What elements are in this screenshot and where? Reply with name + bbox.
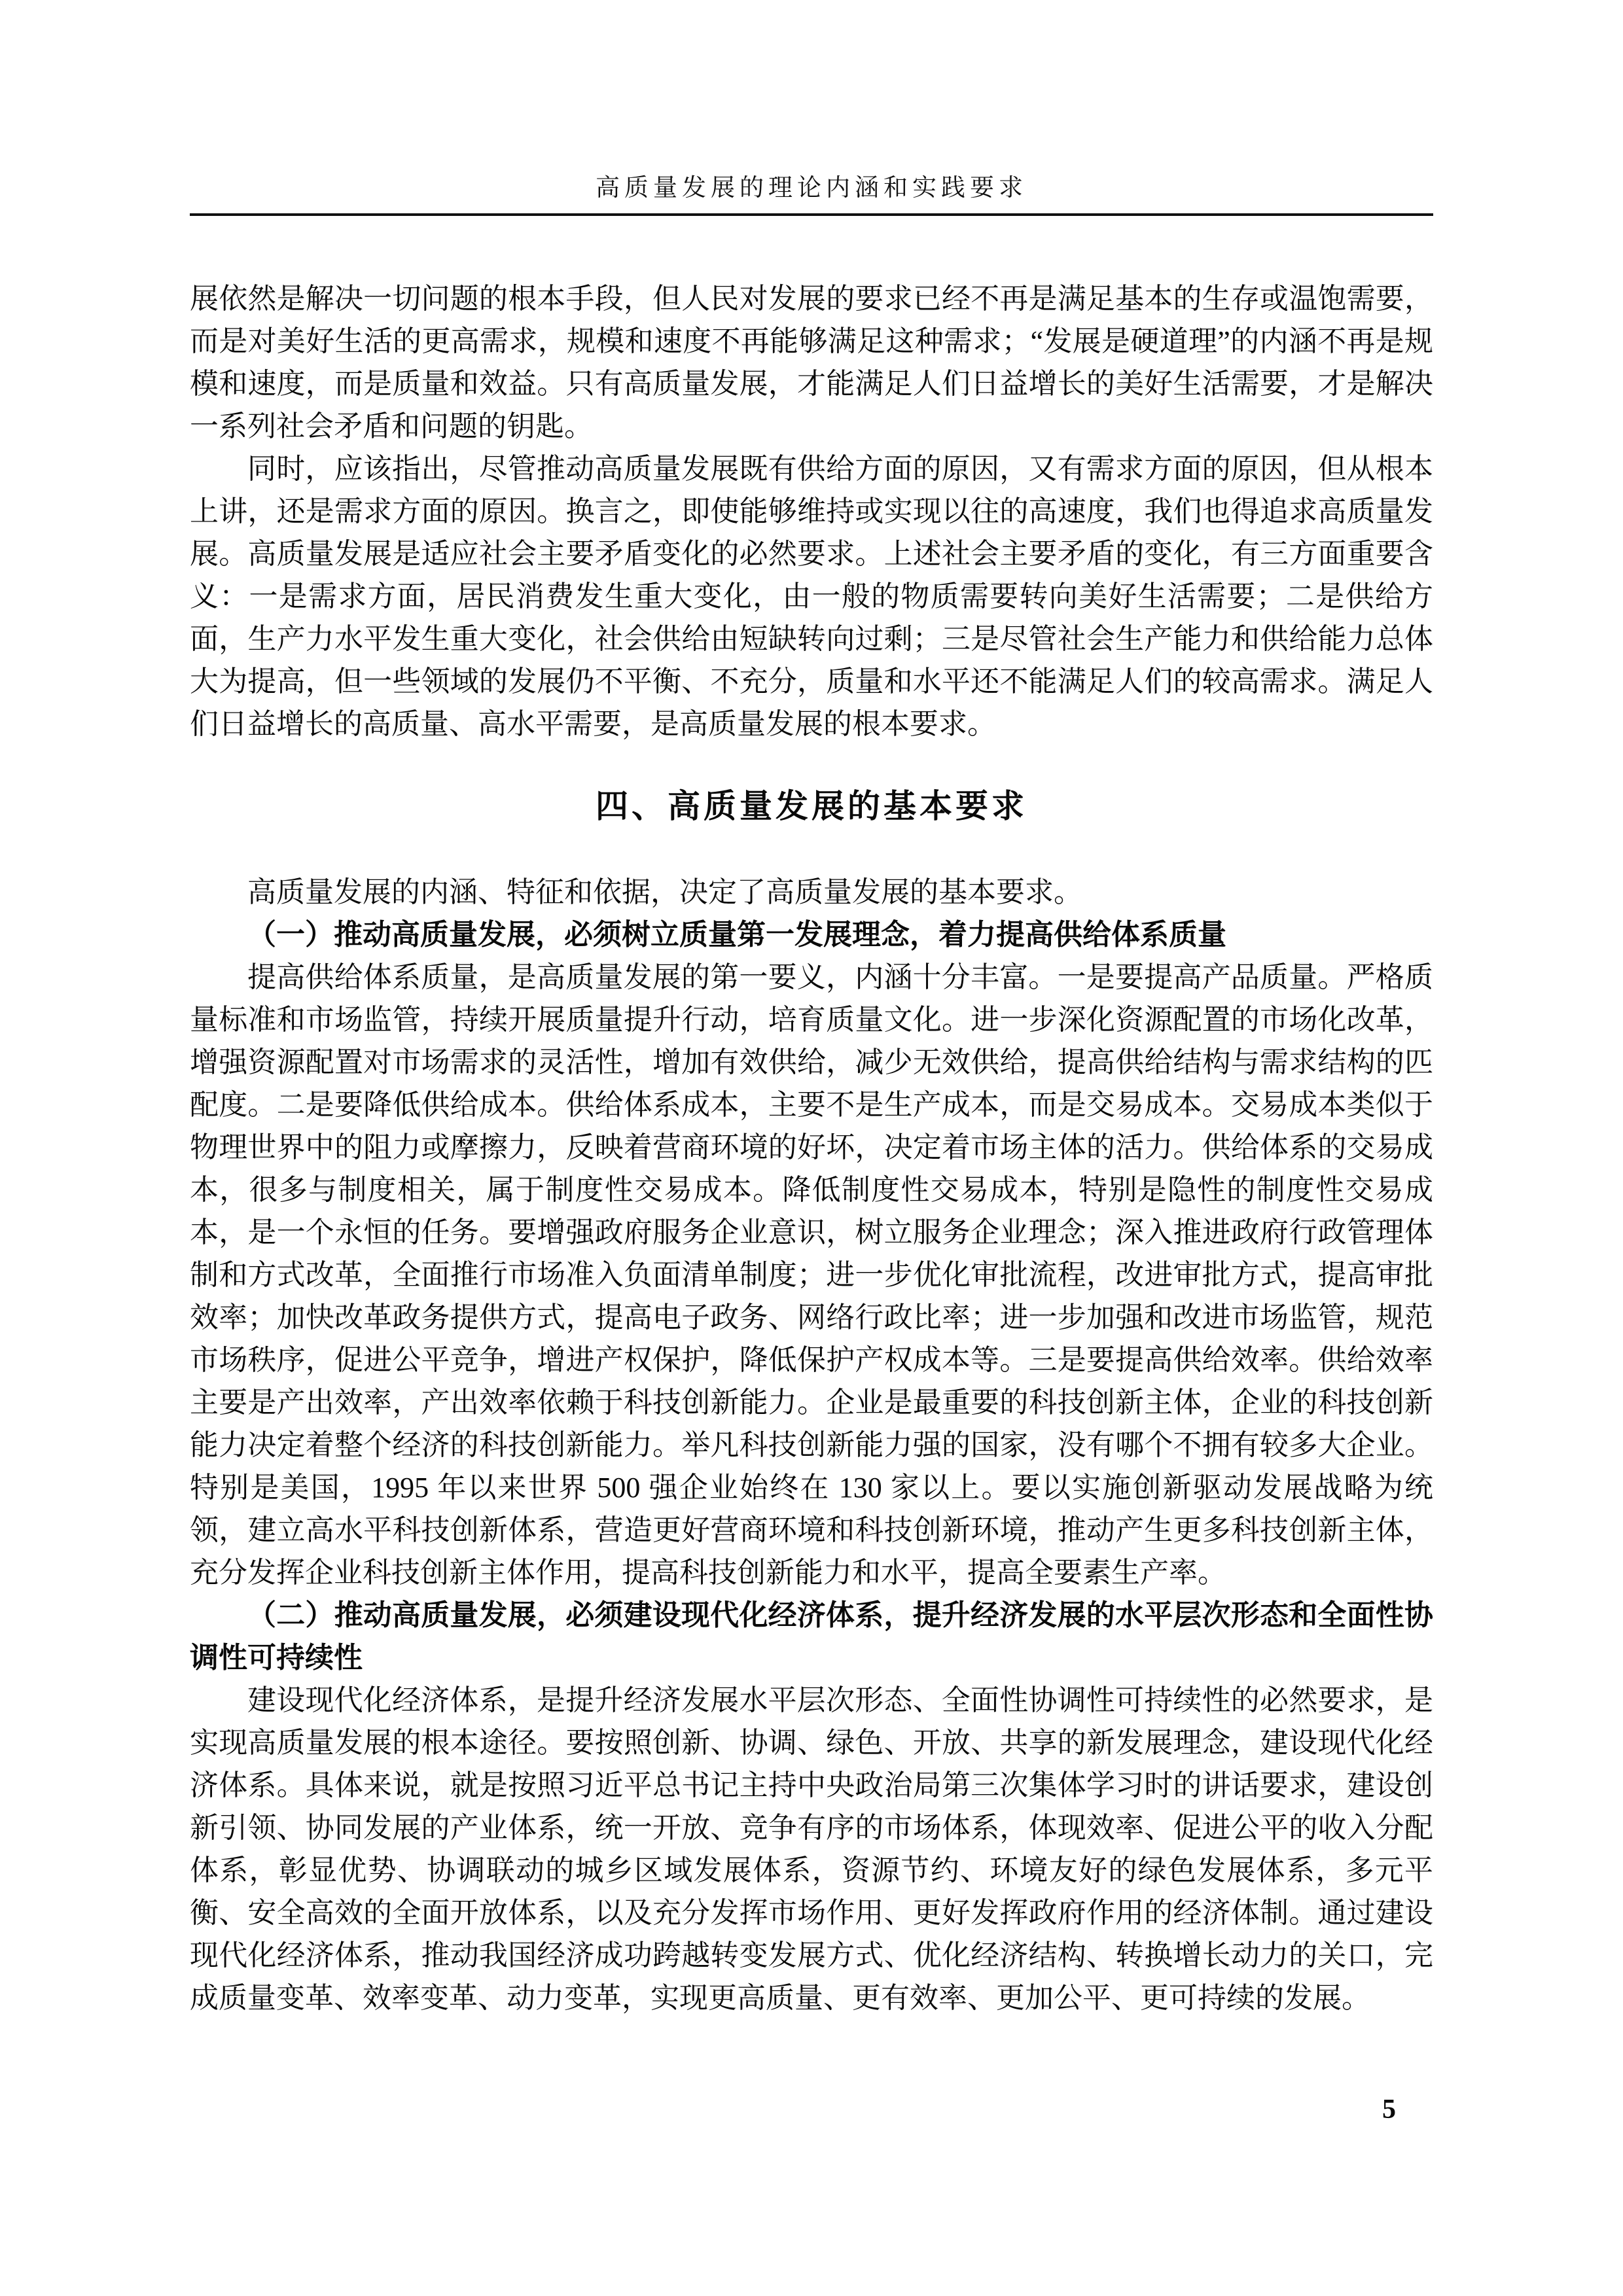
page-header: 高质量发展的理论内涵和实践要求: [0, 174, 1623, 216]
document-page: 高质量发展的理论内涵和实践要求 展依然是解决一切问题的根本手段，但人民对发展的要…: [0, 0, 1623, 2296]
paragraph-continuation: 展依然是解决一切问题的根本手段，但人民对发展的要求已经不再是满足基本的生存或温饱…: [190, 277, 1433, 448]
header-rule: [190, 213, 1433, 216]
page-number: 5: [1382, 2094, 1396, 2125]
subheading-item-2: （二）推动高质量发展，必须建设现代化经济体系，提升经济发展的水平层次形态和全面性…: [190, 1594, 1433, 1679]
paragraph-2: 同时，应该指出，尽管推动高质量发展既有供给方面的原因，又有需求方面的原因，但从根…: [190, 448, 1433, 745]
paragraph-5: 建设现代化经济体系，是提升经济发展水平层次形态、全面性协调性可持续性的必然要求，…: [190, 1679, 1433, 2019]
subheading-item-1: （一）推动高质量发展，必须树立质量第一发展理念，着力提高供给体系质量: [190, 913, 1433, 956]
section-heading: 四、高质量发展的基本要求: [190, 787, 1433, 825]
paragraph-3: 高质量发展的内涵、特征和依据，决定了高质量发展的基本要求。: [190, 871, 1433, 913]
article-body: 展依然是解决一切问题的根本手段，但人民对发展的要求已经不再是满足基本的生存或温饱…: [190, 277, 1433, 2019]
running-head-title: 高质量发展的理论内涵和实践要求: [0, 174, 1623, 203]
paragraph-4: 提高供给体系质量，是高质量发展的第一要义，内涵十分丰富。一是要提高产品质量。严格…: [190, 956, 1433, 1594]
